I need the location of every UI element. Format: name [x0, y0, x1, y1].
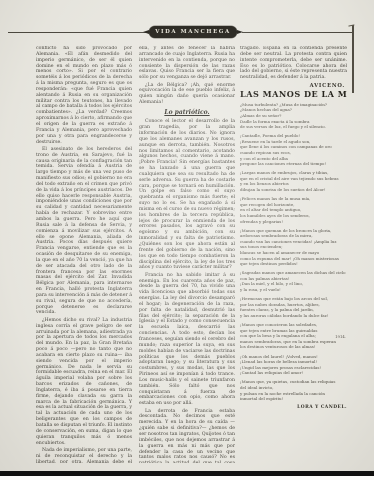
article-paragraph: Conoce el lector el desarrollo de la gra… — [139, 119, 235, 271]
header-rule-left — [8, 32, 146, 33]
poem-body: ¿Musa turbulenta? ¿Musa de imaginación? … — [240, 102, 347, 402]
article-column-3: tragado. España en la contienda presente… — [240, 46, 347, 463]
poem-signature: LORA Y CANDEL. — [240, 405, 347, 411]
article-paragraph: ella, y antes de fenecer la habría arran… — [139, 46, 235, 81]
article-paragraph: La derrota de Francia estaba descontada.… — [139, 409, 235, 463]
article-paragraph: Nada de imperialismo, por una parte, ni … — [36, 448, 132, 463]
poem-stanza: ¡Manos que, ya quietas, custodian las re… — [240, 379, 347, 401]
poem-stanza: ¿Musa turbulenta? ¿Musa de imaginación? … — [240, 102, 347, 130]
scanned-newspaper-page: { "masthead": { "title": "VIDA MANCHEGA"… — [0, 0, 374, 480]
column-2-continuation: ella, y antes de fenecer la habría arran… — [139, 46, 235, 106]
article-paragraph: conflicto ha sido provocado por Alemania… — [36, 46, 132, 145]
column-3-continuation: tragado. España en la contienda presente… — [240, 46, 347, 81]
banner-ornament-left-icon — [143, 30, 149, 34]
poem-stanza: ¡Hermosas que están bajo los arcos del s… — [240, 296, 347, 318]
article-paragraph: tragado. España en la contienda presente… — [240, 46, 347, 81]
poem-stanza: ¡Sagradas manos que amanecen las dichas … — [240, 270, 347, 292]
section-heading: Lo patriótico. — [139, 110, 235, 116]
poem-stanza: ¡Manos que queman de los bronces la glor… — [240, 228, 347, 267]
article-paragraph: El asesinato de los herederos del trono … — [36, 147, 132, 316]
poem-stanza: ¡Felices manos las de la musa mía, que r… — [240, 196, 347, 224]
poem-stanza: ¡Largas manos de embrujos, claras y tibi… — [240, 170, 347, 192]
article-paragraph: ¿La de Bélgica? ¡Ah, qué enorme equivoca… — [139, 83, 235, 106]
article-paragraph: ¿Hemos dicho su rival? La industria ingl… — [36, 318, 132, 447]
poem-title: LAS MANOS DE LA MUSA — [240, 92, 347, 98]
scan-edge-margin — [0, 476, 374, 480]
column-2-body: Conoce el lector el desarrollo de la gra… — [139, 119, 235, 463]
poem-stanza: ¡Cantadle, Poema del pueblo! ¡Resuene en… — [240, 133, 347, 167]
article-paragraph: Francia no ha sabido imitar á su enemiga… — [139, 273, 235, 407]
poem-date-mark: 1914. — [296, 334, 346, 339]
page-edge-rule — [352, 25, 354, 93]
masthead-banner: VIDA MANCHEGA — [149, 26, 237, 38]
masthead-title: VIDA MANCHEGA — [155, 29, 231, 35]
header-rule-right — [242, 32, 353, 33]
article-column-1: conflicto ha sido provocado por Alemania… — [36, 46, 132, 463]
poem-stanza: ¡Oh manos del laurel! ¡Volved, manos! ¡L… — [240, 354, 347, 376]
article-column-2: ella, y antes de fenecer la habría arran… — [139, 46, 235, 463]
